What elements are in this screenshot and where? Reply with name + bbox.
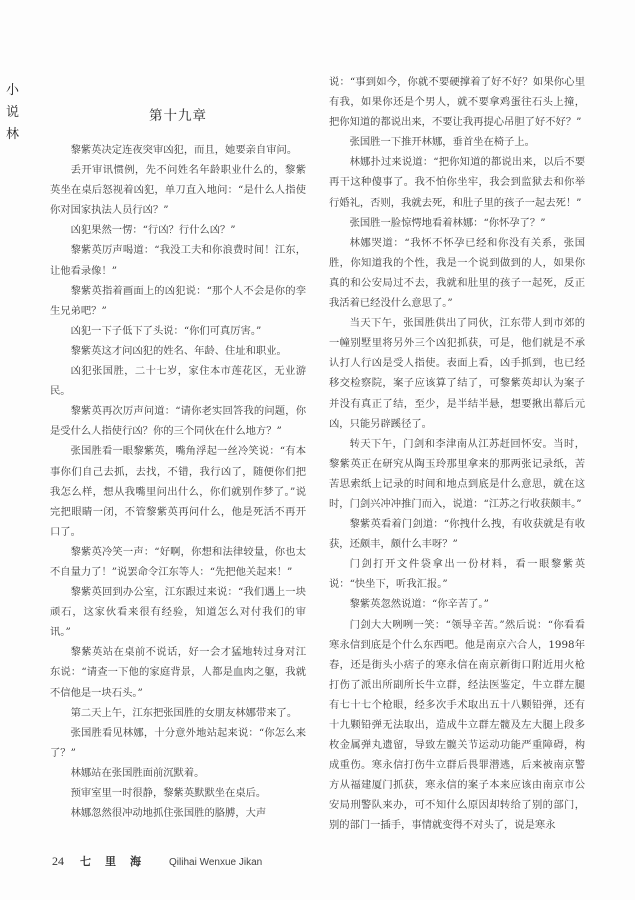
magazine-name: 七里海 xyxy=(80,853,155,869)
paragraph: 林娜忽然很冲动地抓住张国胜的胳膊，大声 xyxy=(50,803,306,823)
paragraph: 黎紫英忽然说道：“你辛苦了。” xyxy=(329,594,585,614)
section-label-char: 小 xyxy=(6,80,22,102)
section-label-char: 说 xyxy=(6,102,22,124)
paragraph: 凶犯一下子低下了头说：“你们可真厉害。” xyxy=(50,321,306,341)
paragraph: 黎紫英回到办公室，江东跟过来说：“我们遇上一块顽石，这家伙看来很有经验，知道怎么… xyxy=(50,582,306,642)
paragraph: 说：“事到如今，你就不要硬撑着了好不好？如果你心里有我，如果你还是个男人，就不要… xyxy=(329,72,585,132)
left-column-body: 黎紫英决定连夜突审凶犯，而且，她要亲自审问。丢开审讯惯例，先不问姓名年龄职业什么… xyxy=(50,140,306,823)
paragraph: 张国胜看见林娜，十分意外地站起来说：“你怎么来了？” xyxy=(50,723,306,763)
paragraph: 黎紫英决定连夜突审凶犯，而且，她要亲自审问。 xyxy=(50,140,306,160)
paragraph: 第二天上午，江东把张国胜的女朋友林娜带来了。 xyxy=(50,703,306,723)
paragraph: 预审室里一时很静，黎紫英默默坐在桌后。 xyxy=(50,783,306,803)
section-label: 小 说 林 xyxy=(6,80,22,146)
paragraph: 张国胜看一眼黎紫英，嘴角浮起一丝冷笑说：“有本事你们自己去抓，去找，不错，我行凶… xyxy=(50,441,306,541)
section-label-char: 林 xyxy=(6,124,22,146)
paragraph: 黎紫英这才问凶犯的姓名、年龄、住址和职业。 xyxy=(50,341,306,361)
right-column: 说：“事到如今，你就不要硬撑着了好不好？如果你心里有我，如果你还是个男人，就不要… xyxy=(329,72,585,836)
paragraph: 凶犯果然一愣：“行凶？行什么凶？” xyxy=(50,220,306,240)
paragraph: 林娜站在张国胜面前沉默着。 xyxy=(50,763,306,783)
paragraph: 张国胜一下推开林娜，垂首坐在椅子上。 xyxy=(329,132,585,152)
paragraph: 黎紫英再次厉声问道：“请你老实回答我的问题，你是受什么人指使行凶？你的三个同伙在… xyxy=(50,401,306,441)
page-number: 24 xyxy=(52,854,64,869)
paragraph: 张国胜一脸惊愕地看着林娜：“你怀孕了？” xyxy=(329,213,585,233)
paragraph: 黎紫英看着门剑道：“你拽什么拽，有收获就是有收获，还颇丰，颇什么丰呀？” xyxy=(329,514,585,554)
paragraph: 门剑大大咧咧一笑：“领导辛苦。”然后说：“你看看寒永信到底是个什么东西吧。他是南… xyxy=(329,615,585,836)
paragraph: 转天下午，门剑和李津南从江苏赶回怀安。当时，黎紫英正在研究从陶玉玲那里拿来的那两… xyxy=(329,434,585,514)
paragraph: 林娜哭道：“我怀不怀孕已经和你没有关系，张国胜，你知道我的个性，我是一个说到做到… xyxy=(329,233,585,313)
left-column: 黎紫英决定连夜突审凶犯，而且，她要亲自审问。丢开审讯惯例，先不问姓名年龄职业什么… xyxy=(50,100,306,823)
paragraph: 丢开审讯惯例，先不问姓名年龄职业什么的，黎紫英坐在桌后怒视着凶犯，单刀直入地问：… xyxy=(50,160,306,220)
paragraph: 黎紫英冷笑一声：“好啊，你想和法律较量，你也太不自量力了！”说罢命令江东等人：“… xyxy=(50,542,306,582)
paragraph: 黎紫英厉声喝道：“我没工夫和你浪费时间！江东，让他看录像！” xyxy=(50,240,306,280)
paragraph: 当天下午，张国胜供出了同伙，江东带人到市郊的一幢别墅里将另外三个凶犯抓获，可是，… xyxy=(329,313,585,434)
magazine-pinyin: Qilihai Wenxue Jikan xyxy=(169,857,262,868)
paragraph: 黎紫英指着画面上的凶犯说：“那个人不会是你的孪生兄弟吧？” xyxy=(50,281,306,321)
paragraph: 林娜扑过来说道：“把你知道的都说出来，以后不要再干这种傻事了。我不怕你坐牢，我会… xyxy=(329,152,585,212)
paragraph: 凶犯张国胜，二十七岁，家住本市莲花区，无业游民。 xyxy=(50,361,306,401)
paragraph: 黎紫英站在桌前不说话，好一会才猛地转过身对江东说：“请查一下他的家庭背景，人都是… xyxy=(50,642,306,702)
paragraph: 门剑打开文件袋拿出一份材料，看一眼黎紫英说：“快坐下，听我汇报。” xyxy=(329,554,585,594)
page-footer: 24 七里海 Qilihai Wenxue Jikan xyxy=(52,853,262,869)
